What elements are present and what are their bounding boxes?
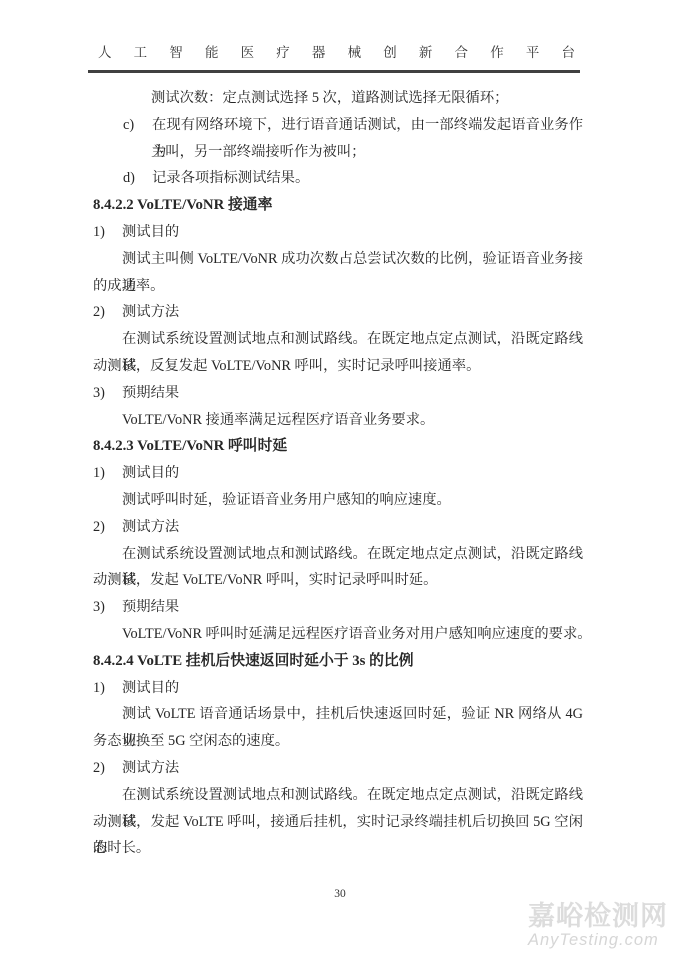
text-line: VoLTE/VoNR 呼叫时延满足远程医疗语音业务对用户感知响应速度的要求。 <box>93 621 583 648</box>
list-label: c) <box>123 112 152 139</box>
text-line: 在测试系统设置测试地点和测试路线。在既定地点定点测试，沿既定路线移 <box>93 782 583 809</box>
list-label: 3) <box>93 380 122 407</box>
list-text: 预期结果 <box>122 594 583 621</box>
text-line: VoLTE/VoNR 接通率满足远程医疗语音业务要求。 <box>93 407 583 434</box>
page-header-title: 人 工 智 能 医 疗 器 械 创 新 合 作 平 台 <box>98 44 575 62</box>
text-line: 动测试，发起 VoLTE 呼叫，接通后挂机，实时记录终端挂机后切换回 5G 空闲… <box>93 809 583 836</box>
text-line: 2)测试方法 <box>93 514 583 541</box>
text-line: 动测试，反复发起 VoLTE/VoNR 呼叫，实时记录呼叫接通率。 <box>93 353 583 380</box>
list-label: 1) <box>93 675 122 702</box>
text-line: 1)测试目的 <box>93 675 583 702</box>
text-line: 的时长。 <box>93 835 583 862</box>
text-line: 测试次数：定点测试选择 5 次，道路测试选择无限循环； <box>93 85 583 112</box>
watermark: 嘉峪检测网 AnyTesting.com <box>528 902 678 950</box>
list-text: 测试方法 <box>122 755 583 782</box>
list-label: 2) <box>93 299 122 326</box>
list-label: 2) <box>93 755 122 782</box>
document-page: 人 工 智 能 医 疗 器 械 创 新 合 作 平 台 测试次数：定点测试选择 … <box>0 0 680 961</box>
text-line: 测试呼叫时延，验证语音业务用户感知的响应速度。 <box>93 487 583 514</box>
list-text: 测试目的 <box>122 460 583 487</box>
page-number: 30 <box>0 888 680 900</box>
list-text: 测试方法 <box>122 514 583 541</box>
section-heading: 8.4.2.2 VoLTE/VoNR 接通率 <box>93 192 583 219</box>
text-line: 2)测试方法 <box>93 755 583 782</box>
list-label: 2) <box>93 514 122 541</box>
list-text: 记录各项指标测试结果。 <box>152 165 583 192</box>
text-line: 3)预期结果 <box>93 380 583 407</box>
watermark-site-url: AnyTesting.com <box>528 931 678 950</box>
text-line: 的成功率。 <box>93 273 583 300</box>
text-line: 3)预期结果 <box>93 594 583 621</box>
text-line: 测试 VoLTE 语音通话场景中，挂机后快速返回时延，验证 NR 网络从 4G … <box>93 701 583 728</box>
text-line: 1)测试目的 <box>93 460 583 487</box>
watermark-site-name: 嘉峪检测网 <box>528 902 678 931</box>
text-line: 1)测试目的 <box>93 219 583 246</box>
list-label: d) <box>123 165 152 192</box>
list-text: 测试方法 <box>122 299 583 326</box>
list-text: 预期结果 <box>122 380 583 407</box>
text-line: 测试主叫侧 VoLTE/VoNR 成功次数占总尝试次数的比例，验证语音业务接通 <box>93 246 583 273</box>
text-line: 主叫，另一部终端接听作为被叫； <box>93 139 583 166</box>
list-label: 1) <box>93 460 122 487</box>
section-heading: 8.4.2.3 VoLTE/VoNR 呼叫时延 <box>93 433 583 460</box>
list-text: 在现有网络环境下，进行语音通话测试，由一部终端发起语音业务作为 <box>152 112 583 139</box>
text-line: 2)测试方法 <box>93 299 583 326</box>
list-text: 测试目的 <box>122 219 583 246</box>
document-body: 测试次数：定点测试选择 5 次，道路测试选择无限循环；c)在现有网络环境下，进行… <box>93 85 583 862</box>
list-label: 3) <box>93 594 122 621</box>
list-text: 测试目的 <box>122 675 583 702</box>
text-line: 务态切换至 5G 空闲态的速度。 <box>93 728 583 755</box>
list-label: 1) <box>93 219 122 246</box>
text-line: 在测试系统设置测试地点和测试路线。在既定地点定点测试，沿既定路线移 <box>93 326 583 353</box>
section-heading: 8.4.2.4 VoLTE 挂机后快速返回时延小于 3s 的比例 <box>93 648 583 675</box>
text-line: 动测试，发起 VoLTE/VoNR 呼叫，实时记录呼叫时延。 <box>93 567 583 594</box>
text-line: d)记录各项指标测试结果。 <box>93 165 583 192</box>
text-line: c)在现有网络环境下，进行语音通话测试，由一部终端发起语音业务作为 <box>93 112 583 139</box>
text-line: 在测试系统设置测试地点和测试路线。在既定地点定点测试，沿既定路线移 <box>93 541 583 568</box>
header-rule <box>88 70 580 73</box>
